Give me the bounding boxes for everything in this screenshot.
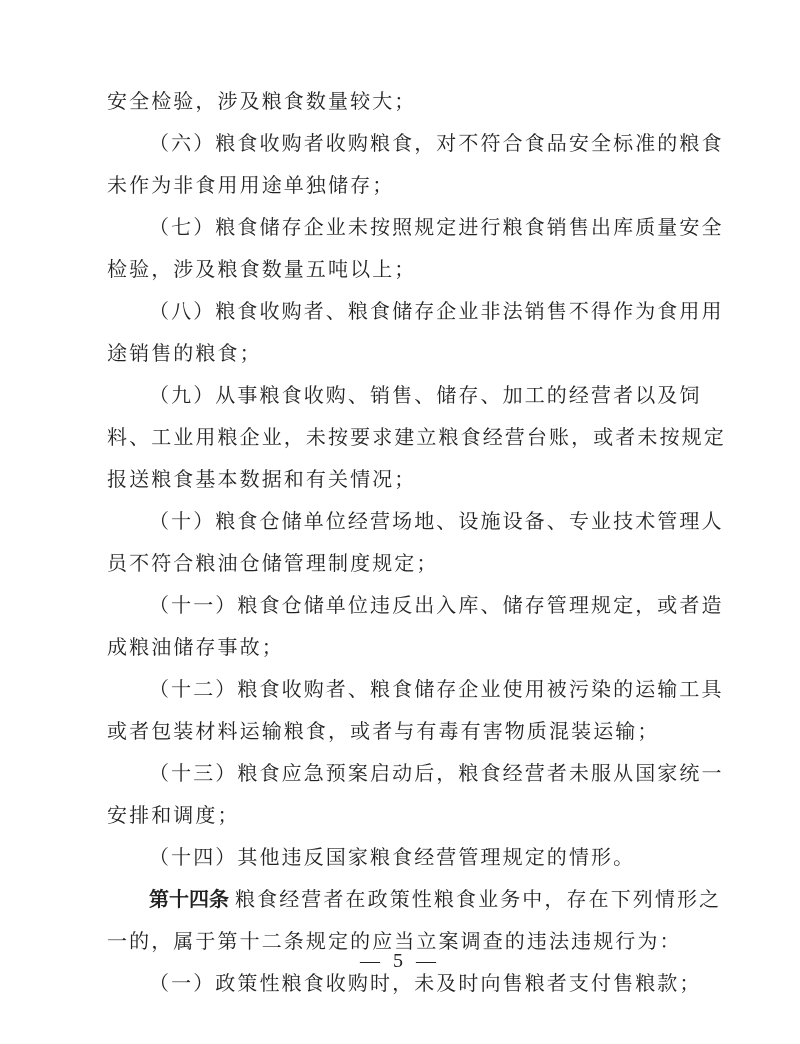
text-line: （十三）粮食应急预案启动后，粮食经营者未服从国家统一 <box>107 752 693 794</box>
page-number: — 5 — <box>0 950 800 973</box>
text-line: 途销售的粮食； <box>107 332 693 374</box>
list-item-14: （十四）其他违反国家粮食经营管理规定的情形。 <box>107 836 693 878</box>
list-item-13: （十三）粮食应急预案启动后，粮食经营者未服从国家统一 安排和调度； <box>107 752 693 836</box>
article-text: 粮食经营者在政策性粮食业务中，存在下列情形之 <box>235 887 721 911</box>
list-item-8: （八）粮食收购者、粮食储存企业非法销售不得作为食用用 途销售的粮食； <box>107 290 693 374</box>
list-item-6: （六）粮食收购者收购粮食，对不符合食品安全标准的粮食 未作为非食用用途单独储存； <box>107 122 693 206</box>
text-line: 安全检验，涉及粮食数量较大； <box>107 80 693 122</box>
text-line: 第十四条粮食经营者在政策性粮食业务中，存在下列情形之 <box>107 878 693 920</box>
text-line: 员不符合粮油仓储管理制度规定； <box>107 542 693 584</box>
text-line: （八）粮食收购者、粮食储存企业非法销售不得作为食用用 <box>107 290 693 332</box>
text-line: （六）粮食收购者收购粮食，对不符合食品安全标准的粮食 <box>107 122 693 164</box>
article-number: 第十四条 <box>149 887 229 911</box>
text-line: 报送粮食基本数据和有关情况； <box>107 458 693 500</box>
text-line: （十四）其他违反国家粮食经营管理规定的情形。 <box>107 836 693 878</box>
document-page: 安全检验，涉及粮食数量较大； （六）粮食收购者收购粮食，对不符合食品安全标准的粮… <box>107 80 693 1004</box>
text-line: （七）粮食储存企业未按照规定进行粮食销售出库质量安全 <box>107 206 693 248</box>
text-line: （九）从事粮食收购、销售、储存、加工的经营者以及饲 <box>107 374 693 416</box>
list-item-12: （十二）粮食收购者、粮食储存企业使用被污染的运输工具 或者包装材料运输粮食，或者… <box>107 668 693 752</box>
text-line: （十二）粮食收购者、粮食储存企业使用被污染的运输工具 <box>107 668 693 710</box>
text-line: 或者包装材料运输粮食，或者与有毒有害物质混装运输； <box>107 710 693 752</box>
text-line: 未作为非食用用途单独储存； <box>107 164 693 206</box>
text-line: （十）粮食仓储单位经营场地、设施设备、专业技术管理人 <box>107 500 693 542</box>
list-item-7: （七）粮食储存企业未按照规定进行粮食销售出库质量安全 检验，涉及粮食数量五吨以上… <box>107 206 693 290</box>
paragraph-continuation: 安全检验，涉及粮食数量较大； <box>107 80 693 122</box>
text-line: 料、工业用粮企业，未按要求建立粮食经营台账，或者未按规定 <box>107 416 693 458</box>
list-item-9: （九）从事粮食收购、销售、储存、加工的经营者以及饲 料、工业用粮企业，未按要求建… <box>107 374 693 500</box>
list-item-10: （十）粮食仓储单位经营场地、设施设备、专业技术管理人 员不符合粮油仓储管理制度规… <box>107 500 693 584</box>
text-line: （十一）粮食仓储单位违反出入库、储存管理规定，或者造 <box>107 584 693 626</box>
text-line: 成粮油储存事故； <box>107 626 693 668</box>
text-line: 安排和调度； <box>107 794 693 836</box>
text-line: 检验，涉及粮食数量五吨以上； <box>107 248 693 290</box>
list-item-11: （十一）粮食仓储单位违反出入库、储存管理规定，或者造 成粮油储存事故； <box>107 584 693 668</box>
